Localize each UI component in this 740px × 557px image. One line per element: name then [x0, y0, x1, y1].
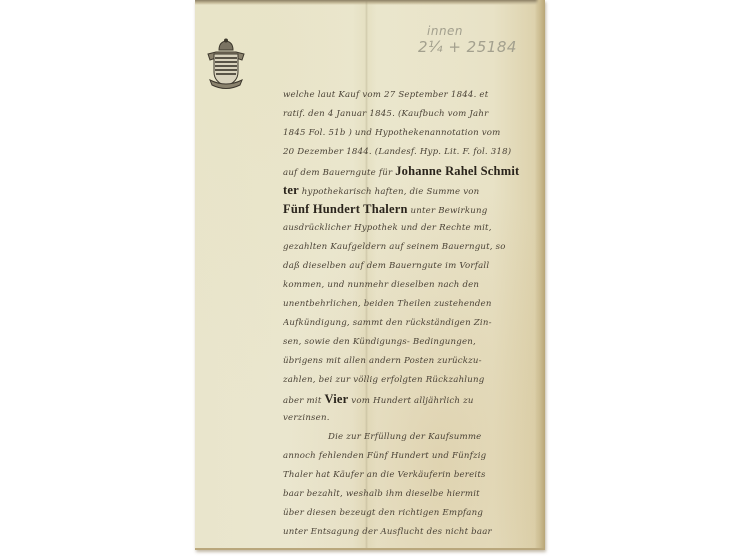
text-line: welche laut Kauf vom 27 September 1844. … [283, 86, 535, 105]
text-line: Thaler hat Käufer an die Verkäuferin ber… [283, 466, 535, 485]
text-line: Aufkündigung, sammt den rückständigen Zi… [283, 314, 535, 333]
text-line: 1845 Fol. 51b ) und Hypothekenannotation… [283, 124, 535, 143]
text-line: auf dem Bauerngute für Johanne Rahel Sch… [283, 162, 535, 181]
text-line: annoch fehlenden Fünf Hundert und Fünfzi… [283, 447, 535, 466]
text-line: sen, sowie den Kündigungs- Bedingungen, [283, 333, 535, 352]
text-line: baar bezahlt, weshalb ihm dieselbe hierm… [283, 485, 535, 504]
pencil-annotation-line-1: innen [427, 24, 463, 38]
page-right-edge [535, 0, 545, 548]
text-line: daß dieselben auf dem Bauerngute im Vorf… [283, 257, 535, 276]
pencil-annotation-line-2: 2¼ + 25184 [418, 38, 517, 56]
text-line: unter Entsagung der Ausflucht des nicht … [283, 523, 535, 542]
text-line: ausdrücklicher Hypothek und der Rechte m… [283, 219, 535, 238]
text-line: Fünf Hundert Thalern unter Bewirkung [283, 200, 535, 219]
handwritten-body: welche laut Kauf vom 27 September 1844. … [283, 86, 535, 542]
text-line: aber mit Vier vom Hundert alljährlich zu [283, 390, 535, 409]
text-line: verzinsen. [283, 409, 535, 428]
text-line: ter hypothekarisch haften, die Summe von [283, 181, 535, 200]
amount-highlight: Fünf Hundert Thalern [283, 202, 408, 216]
page-top-edge [195, 0, 545, 5]
text-line: kommen, und nunmehr dieselben nach den [283, 276, 535, 295]
rate-highlight: Vier [324, 392, 348, 406]
text-line: unentbehrlichen, beiden Theilen zustehen… [283, 295, 535, 314]
text-line: über diesen bezeugt den richtigen Empfan… [283, 504, 535, 523]
name-highlight: Johanne Rahel Schmit [395, 164, 519, 178]
text-line: ratif. den 4 Januar 1845. (Kaufbuch vom … [283, 105, 535, 124]
text-line: 20 Dezember 1844. (Landesf. Hyp. Lit. F.… [283, 143, 535, 162]
coat-of-arms-icon [206, 38, 246, 90]
text-line-indented: Die zur Erfüllung der Kaufsumme [283, 428, 535, 447]
text-line: zahlen, bei zur völlig erfolgten Rückzah… [283, 371, 535, 390]
text-line: gezahlten Kaufgeldern auf seinem Bauerng… [283, 238, 535, 257]
text-line: übrigens mit allen andern Posten zurückz… [283, 352, 535, 371]
name-highlight: ter [283, 183, 299, 197]
